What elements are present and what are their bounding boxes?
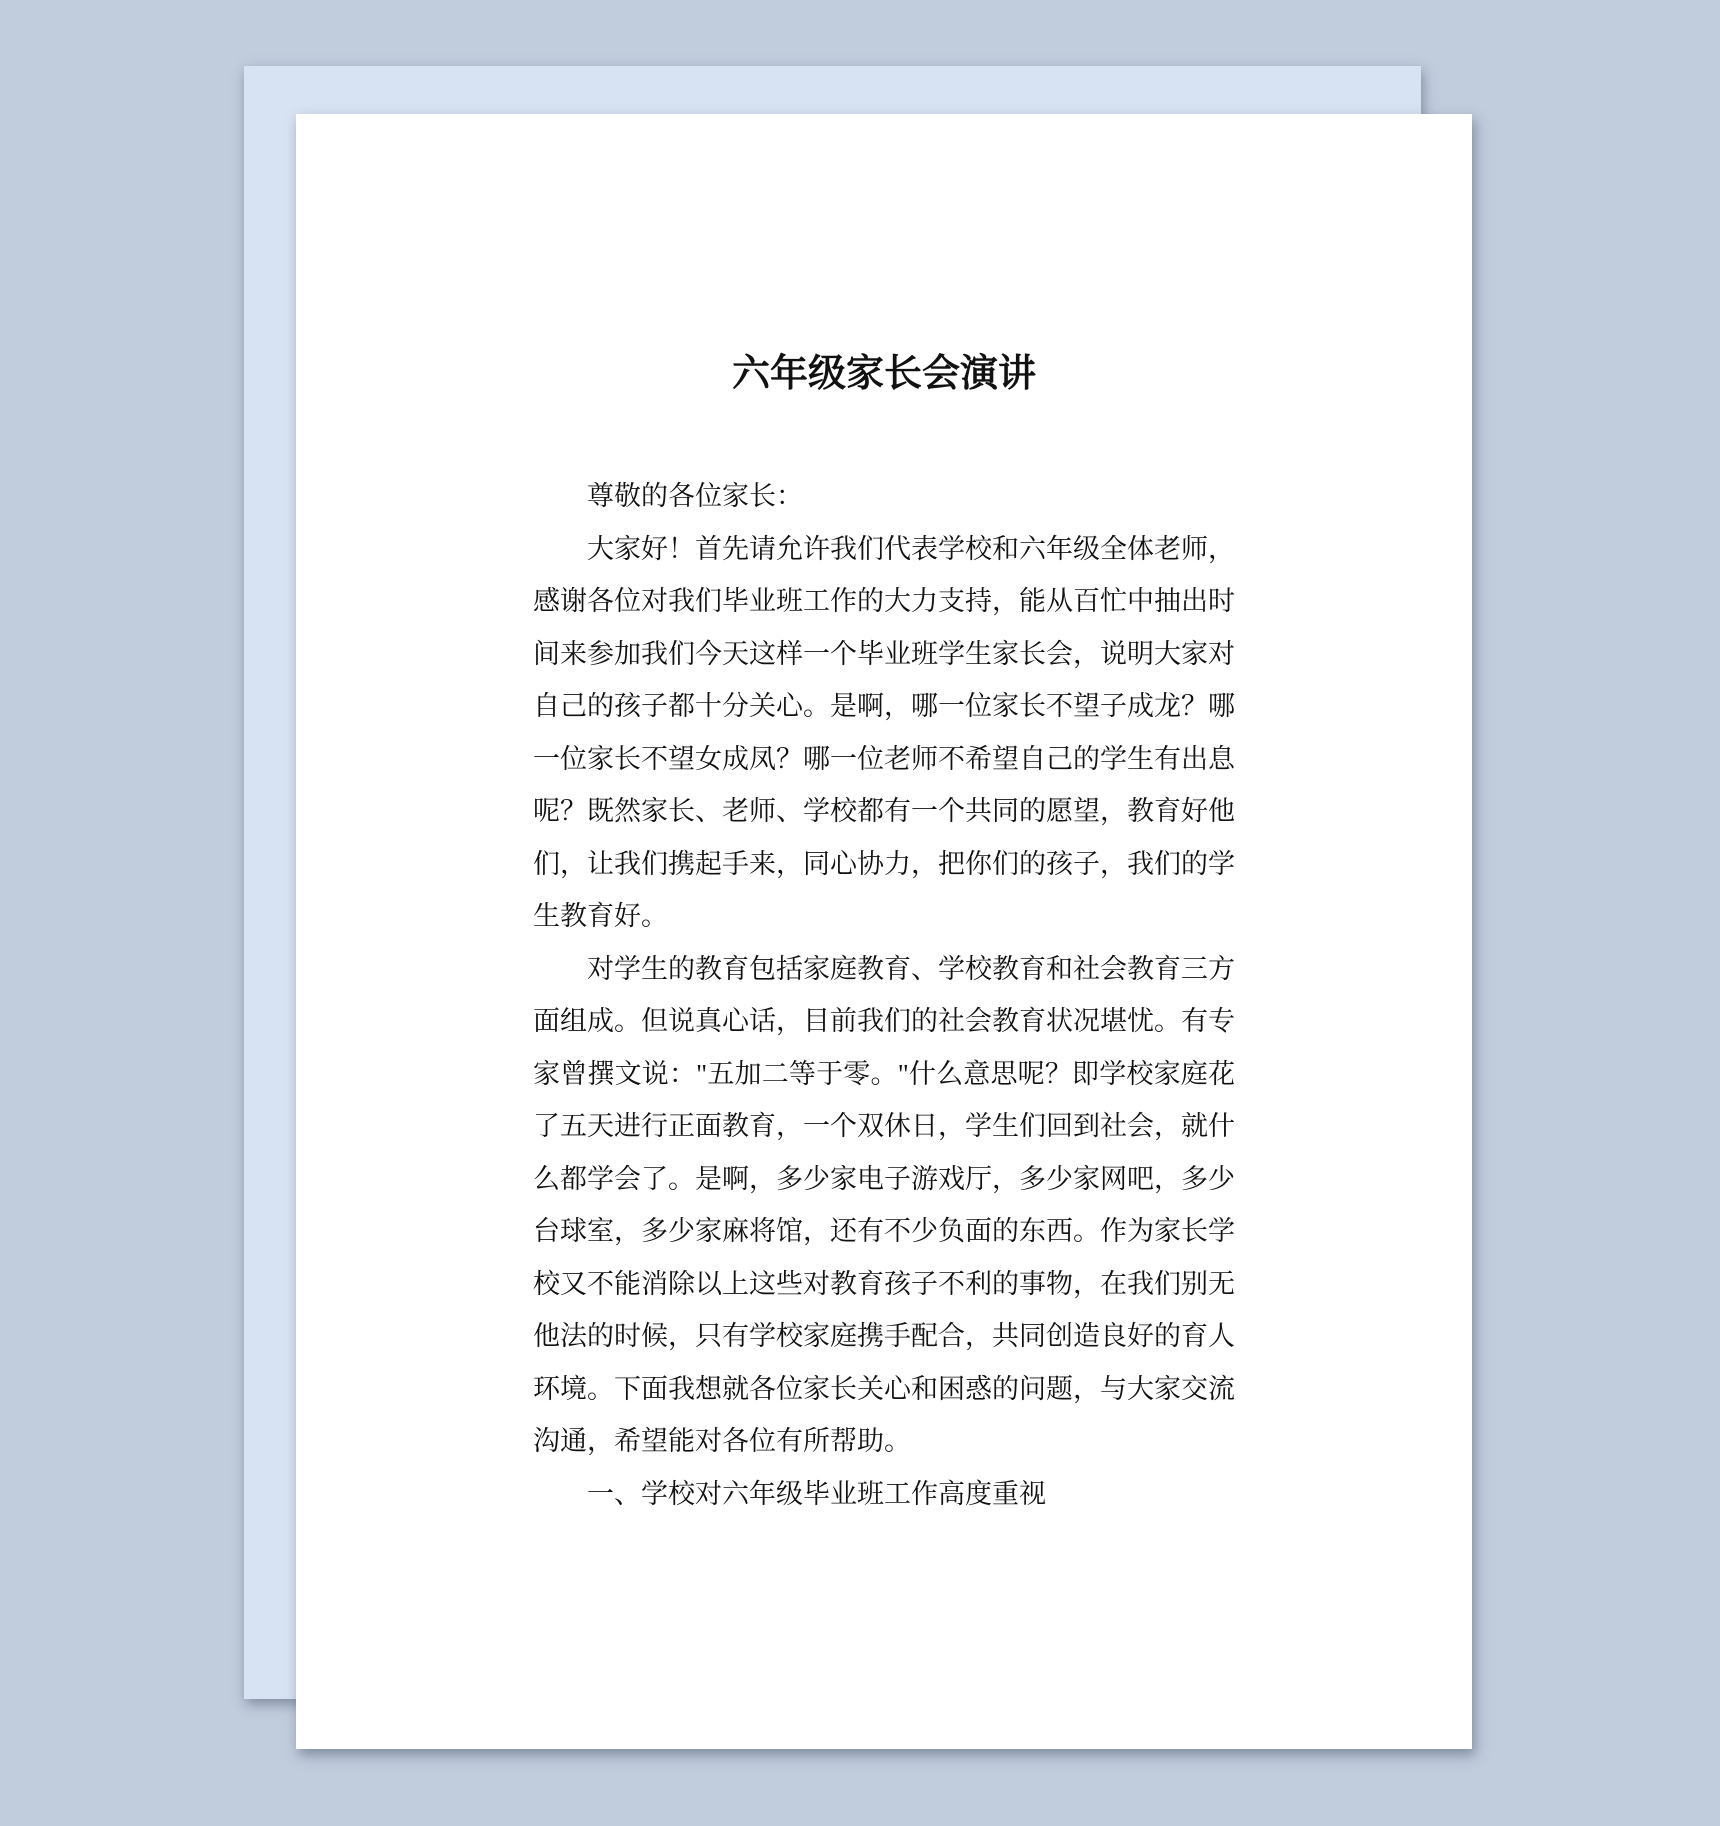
paragraph-education: 对学生的教育包括家庭教育、学校教育和社会教育三方面组成。但说真心话，目前我们的社… (533, 943, 1235, 1468)
paragraph-greeting: 大家好！首先请允许我们代表学校和六年级全体老师，感谢各位对我们毕业班工作的大力支… (533, 523, 1235, 943)
document-page: 六年级家长会演讲 尊敬的各位家长： 大家好！首先请允许我们代表学校和六年级全体老… (296, 114, 1472, 1749)
section-heading-one: 一、学校对六年级毕业班工作高度重视 (533, 1468, 1235, 1521)
salutation-line: 尊敬的各位家长： (533, 470, 1235, 523)
document-title: 六年级家长会演讲 (296, 350, 1472, 398)
desktop-background: 六年级家长会演讲 尊敬的各位家长： 大家好！首先请允许我们代表学校和六年级全体老… (0, 0, 1720, 1826)
document-body: 尊敬的各位家长： 大家好！首先请允许我们代表学校和六年级全体老师，感谢各位对我们… (533, 470, 1235, 1520)
